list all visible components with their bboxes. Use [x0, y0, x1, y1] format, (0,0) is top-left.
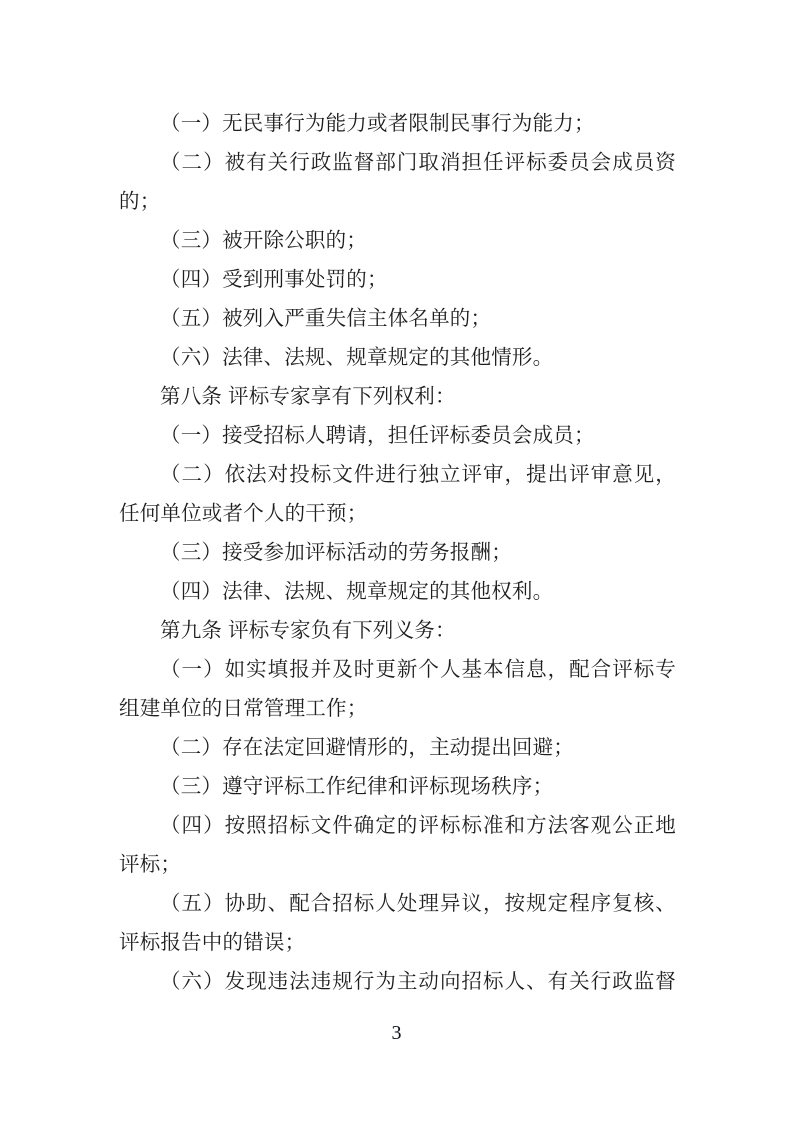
text-line: （三）被开除公职的； [119, 221, 676, 260]
text-line: 组建单位的日常管理工作； [119, 689, 676, 728]
article-heading: 第九条 评标专家负有下列义务： [119, 611, 676, 650]
text-line: （二）存在法定回避情形的，主动提出回避； [119, 728, 676, 767]
text-line: （六）发现违法违规行为主动向招标人、有关行政监督部门 [119, 962, 676, 1001]
text-line: 评标； [119, 845, 676, 884]
text-line: （三）接受参加评标活动的劳务报酬； [119, 533, 676, 572]
text-line: （四）按照招标文件确定的评标标准和方法客观公正地进行 [119, 806, 676, 845]
text-line: 任何单位或者个人的干预； [119, 494, 676, 533]
document-page: （一）无民事行为能力或者限制民事行为能力；（二）被有关行政监督部门取消担任评标委… [0, 0, 793, 1122]
text-line: （一）如实填报并及时更新个人基本信息，配合评标专家库 [119, 650, 676, 689]
text-line: （二）被有关行政监督部门取消担任评标委员会成员资格 [119, 143, 676, 182]
text-line: （六）法律、法规、规章规定的其他情形。 [119, 338, 676, 377]
text-line: （五）被列入严重失信主体名单的； [119, 299, 676, 338]
text-line: （五）协助、配合招标人处理异议，按规定程序复核、纠正 [119, 884, 676, 923]
text-line: 评标报告中的错误； [119, 923, 676, 962]
text-line: （三）遵守评标工作纪律和评标现场秩序； [119, 767, 676, 806]
page-body: （一）无民事行为能力或者限制民事行为能力；（二）被有关行政监督部门取消担任评标委… [119, 104, 676, 1001]
text-line: （一）无民事行为能力或者限制民事行为能力； [119, 104, 676, 143]
article-heading: 第八条 评标专家享有下列权利： [119, 377, 676, 416]
page-number: 3 [392, 1022, 402, 1044]
text-line: （二）依法对投标文件进行独立评审，提出评审意见，不受 [119, 455, 676, 494]
text-line: （四）受到刑事处罚的； [119, 260, 676, 299]
page-footer: 3 [0, 1022, 793, 1045]
text-line: 的； [119, 182, 676, 221]
text-line: （一）接受招标人聘请，担任评标委员会成员； [119, 416, 676, 455]
text-line: （四）法律、法规、规章规定的其他权利。 [119, 572, 676, 611]
